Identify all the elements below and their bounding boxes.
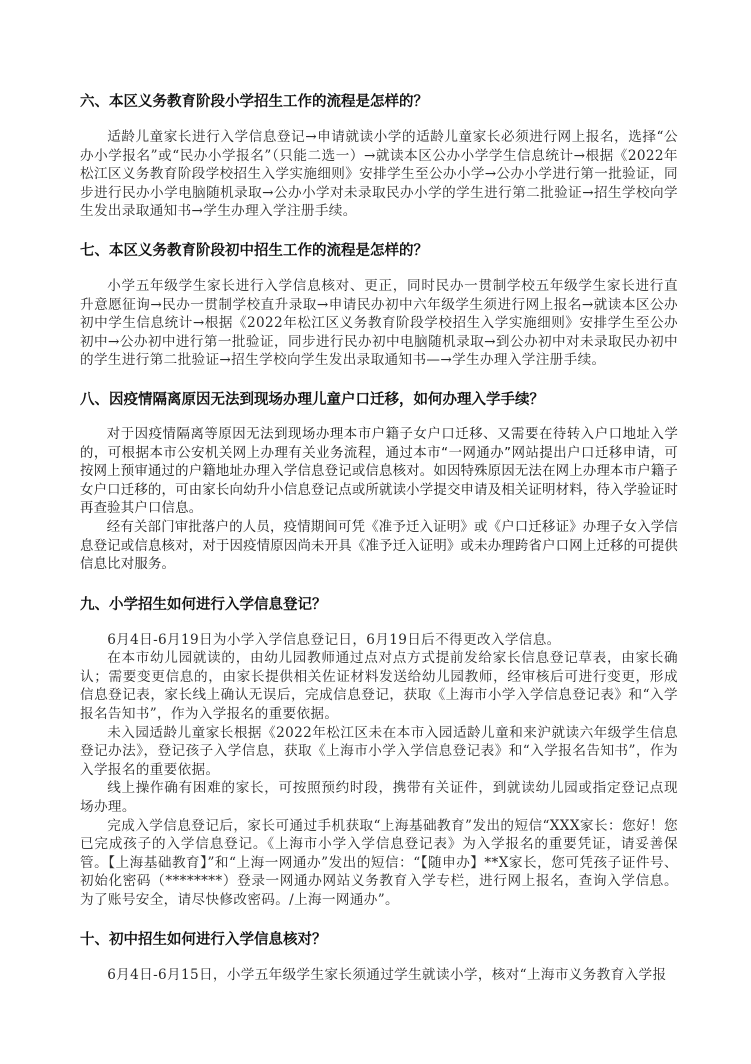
section-10: 十、初中招生如何进行入学信息核对？ 6月4日-6月15日，小学五年级学生家长须通… [80, 930, 678, 985]
section-6: 六、本区义务教育阶段小学招生工作的流程是怎样的？ 适龄儿童家长进行入学信息登记→… [80, 92, 678, 221]
paragraph: 6月4日-6月15日，小学五年级学生家长须通过学生就读小学，核对“上海市义务教育… [80, 966, 678, 985]
paragraph: 6月4日-6月19日为小学入学信息登记日，6月19日后不得更改入学信息。 [80, 631, 678, 650]
section-7: 七、本区义务教育阶段初中招生工作的流程是怎样的？ 小学五年级学生家长进行入学信息… [80, 241, 678, 370]
document-page: 六、本区义务教育阶段小学招生工作的流程是怎样的？ 适龄儿童家长进行入学信息登记→… [80, 92, 678, 1004]
section-heading: 七、本区义务教育阶段初中招生工作的流程是怎样的？ [80, 241, 678, 261]
paragraph: 完成入学信息登记后，家长可通过手机获取“上海基础教育”发出的短信“XXX家长：您… [80, 817, 678, 910]
paragraph: 未入园适龄儿童家长根据《2022年松江区未在本市入园适龄儿童和来沪就读六年级学生… [80, 724, 678, 780]
paragraph: 在本市幼儿园就读的，由幼儿园教师通过点对点方式提前发给家长信息登记草表，由家长确… [80, 649, 678, 723]
section-heading: 六、本区义务教育阶段小学招生工作的流程是怎样的？ [80, 92, 678, 112]
section-heading: 八、因疫情隔离原因无法到现场办理儿童户口迁移，如何办理入学手续？ [80, 390, 678, 410]
paragraph: 经有关部门审批落户的人员，疫情期间可凭《准予迁入证明》或《户口迁移证》办理子女入… [80, 519, 678, 575]
section-8: 八、因疫情隔离原因无法到现场办理儿童户口迁移，如何办理入学手续？ 对于因疫情隔离… [80, 390, 678, 575]
paragraph: 适龄儿童家长进行入学信息登记→申请就读小学的适龄儿童家长必须进行网上报名，选择“… [80, 128, 678, 221]
section-heading: 十、初中招生如何进行入学信息核对？ [80, 930, 678, 950]
section-9: 九、小学招生如何进行入学信息登记？ 6月4日-6月19日为小学入学信息登记日，6… [80, 595, 678, 910]
paragraph: 线上操作确有困难的家长，可按照预约时段，携带有关证件，到就读幼儿园或指定登记点现… [80, 779, 678, 816]
paragraph: 对于因疫情隔离等原因无法到现场办理本市户籍子女户口迁移、又需要在待转入户口地址入… [80, 426, 678, 519]
section-heading: 九、小学招生如何进行入学信息登记？ [80, 595, 678, 615]
paragraph: 小学五年级学生家长进行入学信息核对、更正，同时民办一贯制学校五年级学生家长进行直… [80, 277, 678, 370]
